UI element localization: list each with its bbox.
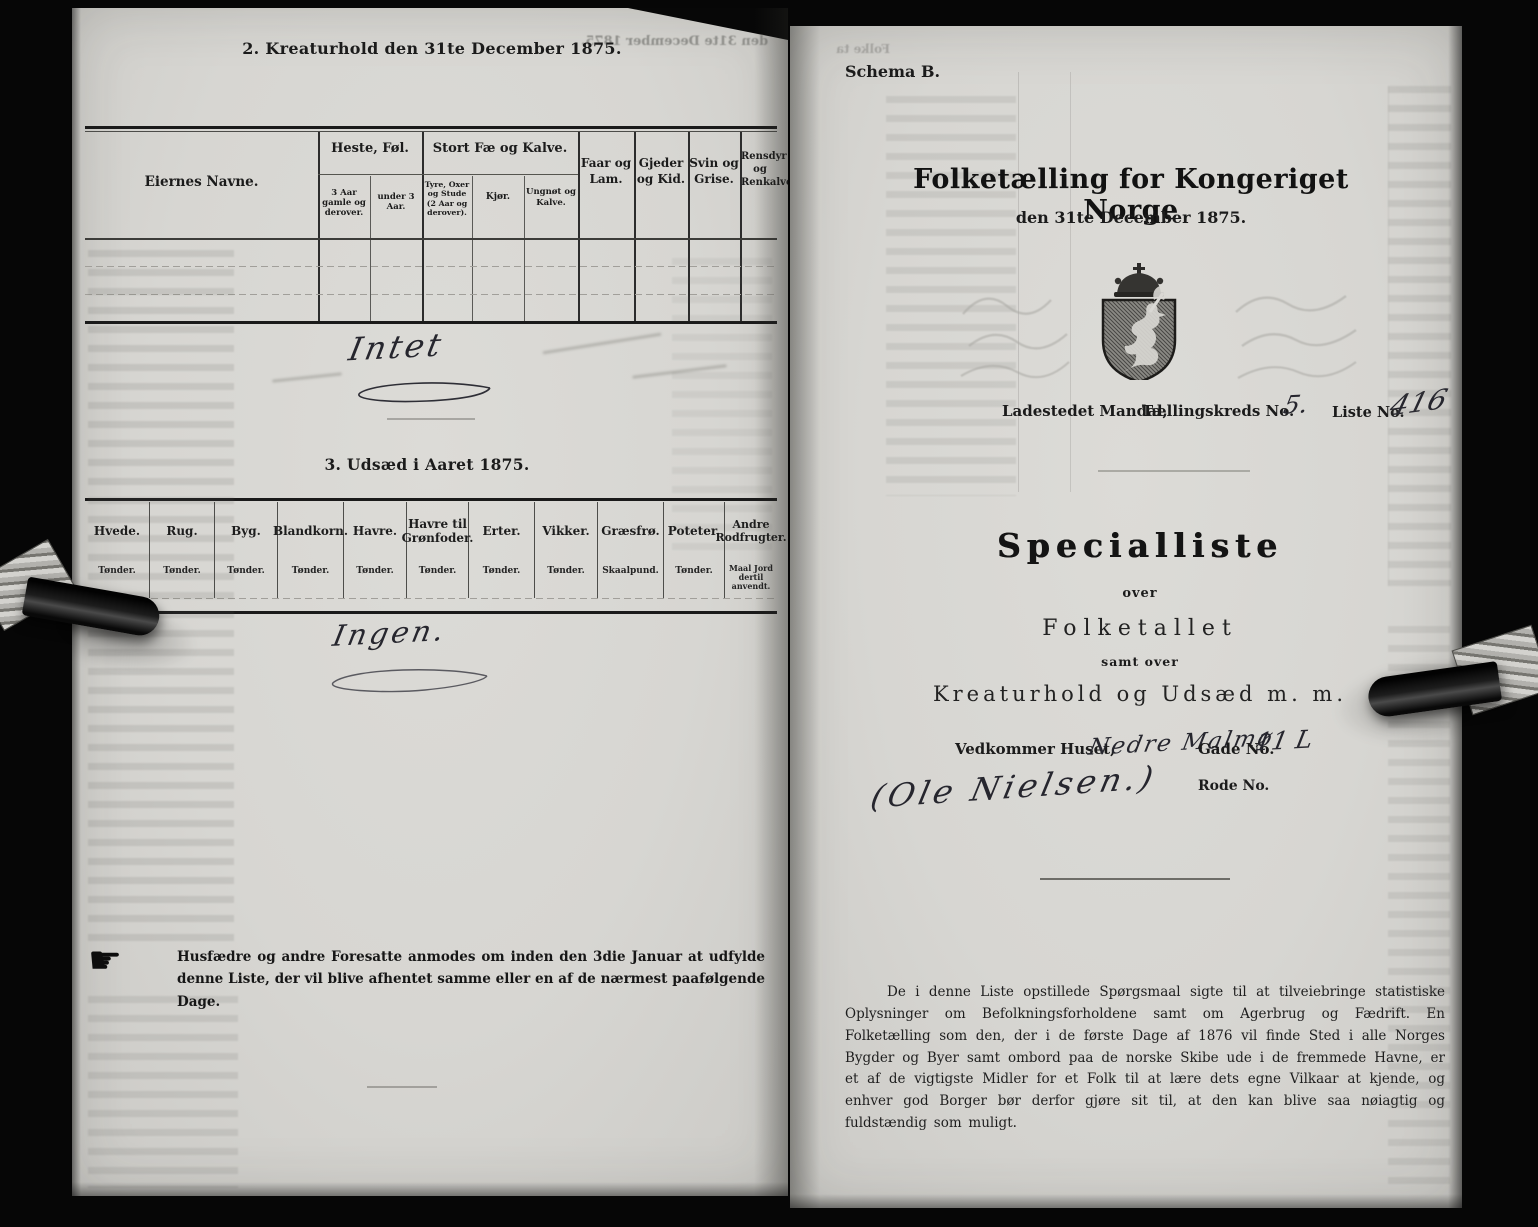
stortfae-group-header: Stort Fæ og Kalve.	[422, 141, 578, 156]
svin-column-header: Svin og Grise.	[689, 156, 739, 187]
census-district-label: Tællingskreds No.	[1142, 402, 1294, 420]
norwegian-lion-crest	[1093, 262, 1185, 380]
handwritten-gade-no: 11 L	[1253, 725, 1316, 757]
crop-name: Blandkorn.	[278, 502, 343, 560]
gutter-shadow	[754, 8, 788, 1196]
bleed-handwriting	[955, 284, 1080, 389]
crop-name: Vikker.	[535, 502, 597, 560]
heste-sub-gamle: 3 Aar gamle og derover.	[319, 188, 369, 219]
speciallist-over: over	[930, 586, 1350, 601]
crop-column: Havre. Tønder.	[344, 502, 407, 598]
stortfae-sub-kjoer: Kjør.	[473, 192, 523, 202]
table-top-rule-thin	[85, 131, 777, 132]
handwritten-signature: (Ole Nielsen.)	[867, 758, 1160, 815]
crop-column: Havre til Grønfoder. Tønder.	[407, 502, 469, 598]
table-top-rule	[85, 126, 777, 129]
ink-flourish	[352, 380, 497, 406]
bleed-text-column	[88, 996, 238, 1188]
group-separator	[422, 174, 578, 175]
crop-unit: Tønder.	[344, 566, 406, 576]
crop-unit: Tønder.	[278, 566, 343, 576]
rode-no-label: Rode No.	[1198, 778, 1269, 794]
crop-name: Græsfrø.	[598, 502, 663, 560]
right-page: Folke ta Schema B. Folketælling for Kong…	[790, 26, 1462, 1208]
bleed-grid-line	[1070, 72, 1071, 492]
stortfae-sub-tyre: Tyre, Oxer og Stude (2 Aar og derover).	[423, 180, 471, 217]
crop-unit: Tønder.	[407, 566, 468, 576]
faar-column-header: Faar og Lam.	[579, 156, 633, 187]
crop-column: Græsfrø. Skaalpund.	[598, 502, 664, 598]
manicule-icon: ☛	[88, 938, 122, 982]
gutter-shadow	[790, 26, 820, 1208]
faint-entry-line	[367, 1086, 437, 1088]
crop-unit: Tønder.	[664, 566, 724, 576]
speciallist-subject2: Kreaturhold og Udsæd m. m.	[880, 682, 1400, 706]
speciallist-subject: Folketallet	[930, 616, 1350, 641]
bleed-mark	[272, 372, 342, 382]
handwritten-ingen: Ingen.	[330, 613, 450, 653]
speciallist-samt-over: samt over	[930, 654, 1350, 669]
owner-column-header: Eiernes Navne.	[85, 174, 318, 190]
crop-column: Erter. Tønder.	[469, 502, 535, 598]
crop-unit: Tønder.	[535, 566, 597, 576]
info-paragraph: De i denne Liste opstillede Spørgsmaal s…	[845, 982, 1445, 1135]
crop-unit: Skaalpund.	[598, 566, 663, 576]
kreaturhold-title: 2. Kreaturhold den 31te December 1875.	[202, 39, 662, 58]
group-separator	[318, 174, 422, 175]
page-bottom-shadow	[790, 1194, 1462, 1208]
handwritten-census-no: 5.	[1281, 389, 1311, 419]
stortfae-sub-ungnoet: Ungnøt og Kalve.	[525, 187, 577, 208]
mid-divider-line	[1040, 878, 1230, 880]
page-bottom-shadow	[72, 1182, 788, 1196]
page-right-edge-shadow	[1448, 26, 1462, 1208]
table-column-line	[422, 132, 424, 324]
crop-column: Vikker. Tønder.	[535, 502, 598, 598]
crop-name: Havre til Grønfoder.	[407, 502, 468, 560]
gjeder-column-header: Gjeder og Kid.	[635, 156, 687, 187]
bleed-grid-line	[1018, 72, 1019, 492]
faint-entry-line	[387, 418, 475, 420]
schema-label: Schema B.	[845, 62, 940, 81]
scanned-book-spread: den 31te December 1875. 2. Kreaturhold d…	[0, 0, 1538, 1227]
crop-unit: Tønder.	[469, 566, 534, 576]
crop-name: Havre.	[344, 502, 406, 560]
speciallist-heading: Specialliste	[930, 526, 1350, 565]
bleed-mark	[543, 333, 662, 355]
heste-sub-under3: under 3 Aar.	[371, 192, 421, 212]
left-page: den 31te December 1875. 2. Kreaturhold d…	[72, 8, 788, 1196]
bleed-text-column	[1388, 86, 1451, 586]
handwritten-intet: Intet	[346, 326, 447, 369]
footer-note: Husfædre og andre Foresatte anmodes om i…	[177, 946, 765, 1013]
table-column-line	[318, 132, 320, 324]
ink-flourish	[322, 666, 497, 696]
header-bottom-rule	[85, 238, 777, 240]
udsaed-title: 3. Udsæd i Aaret 1875.	[192, 455, 662, 474]
census-subtitle: den 31te December 1875.	[876, 208, 1386, 227]
heste-group-header: Heste, Føl.	[318, 141, 422, 156]
crop-column: Blandkorn. Tønder.	[278, 502, 344, 598]
faint-divider-line	[1098, 470, 1250, 472]
bleed-handwriting	[1230, 278, 1375, 393]
crop-name: Erter.	[469, 502, 534, 560]
